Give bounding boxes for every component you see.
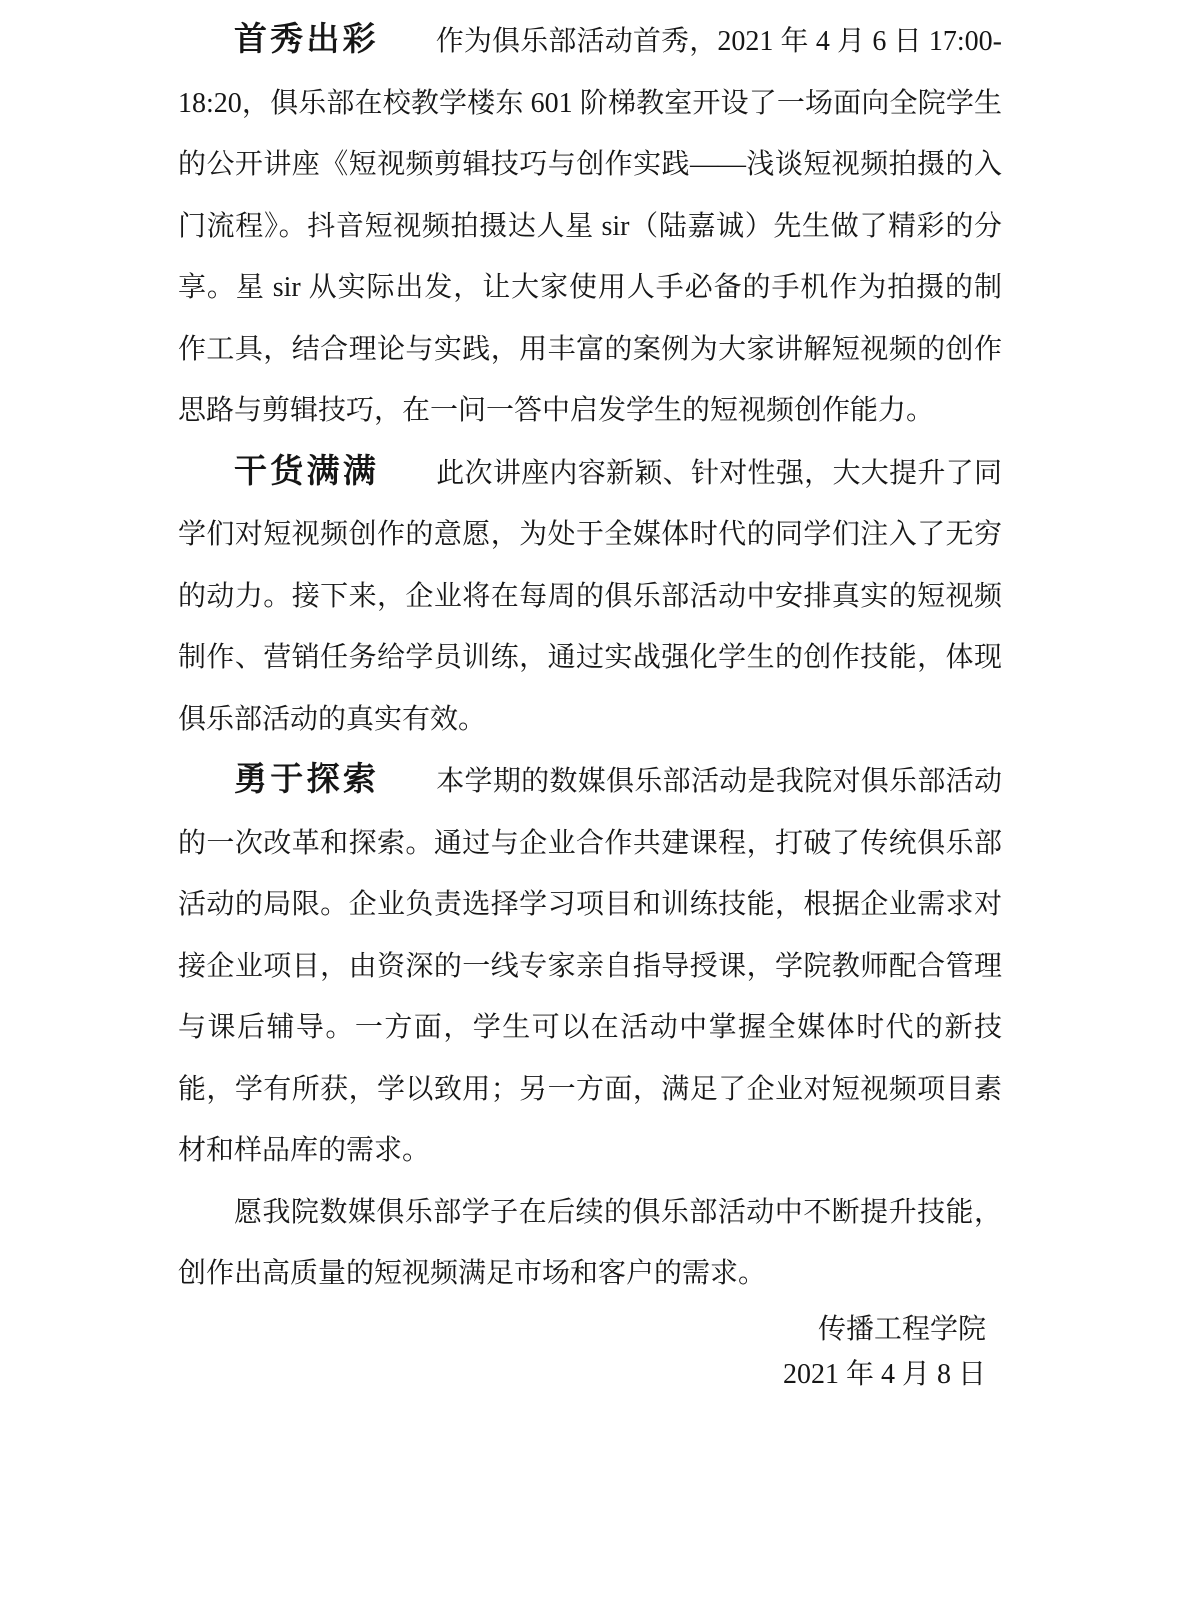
- paragraph-debut: 首秀出彩作为俱乐部活动首秀，2021 年 4 月 6 日 17:00-18:20…: [178, 10, 1002, 442]
- signature-organization: 传播工程学院: [178, 1307, 986, 1352]
- paragraph-explore: 勇于探索本学期的数媒俱乐部活动是我院对俱乐部活动的一次改革和探索。通过与企业合作…: [178, 750, 1002, 1182]
- paragraph-text-closing: 愿我院数媒俱乐部学子在后续的俱乐部活动中不断提升技能，创作出高质量的短视频满足市…: [178, 1197, 1002, 1290]
- paragraph-text-content: 此次讲座内容新颖、针对性强，大大提升了同学们对短视频创作的意愿，为处于全媒体时代…: [178, 458, 1002, 735]
- paragraph-heading-explore: 勇于探索: [234, 762, 379, 798]
- paragraph-text-debut: 作为俱乐部活动首秀，2021 年 4 月 6 日 17:00-18:20，俱乐部…: [178, 26, 1002, 426]
- paragraph-content: 干货满满此次讲座内容新颖、针对性强，大大提升了同学们对短视频创作的意愿，为处于全…: [178, 442, 1002, 751]
- paragraph-closing: 愿我院数媒俱乐部学子在后续的俱乐部活动中不断提升技能，创作出高质量的短视频满足市…: [178, 1182, 1002, 1305]
- paragraph-text-explore: 本学期的数媒俱乐部活动是我院对俱乐部活动的一次改革和探索。通过与企业合作共建课程…: [178, 766, 1002, 1166]
- document-body: 首秀出彩作为俱乐部活动首秀，2021 年 4 月 6 日 17:00-18:20…: [178, 10, 1002, 1397]
- paragraph-heading-content: 干货满满: [234, 454, 379, 490]
- paragraph-heading-debut: 首秀出彩: [234, 22, 379, 58]
- signature-block: 传播工程学院 2021 年 4 月 8 日: [178, 1307, 1002, 1397]
- signature-date: 2021 年 4 月 8 日: [178, 1352, 986, 1397]
- document-page: 首秀出彩作为俱乐部活动首秀，2021 年 4 月 6 日 17:00-18:20…: [0, 0, 1181, 1600]
